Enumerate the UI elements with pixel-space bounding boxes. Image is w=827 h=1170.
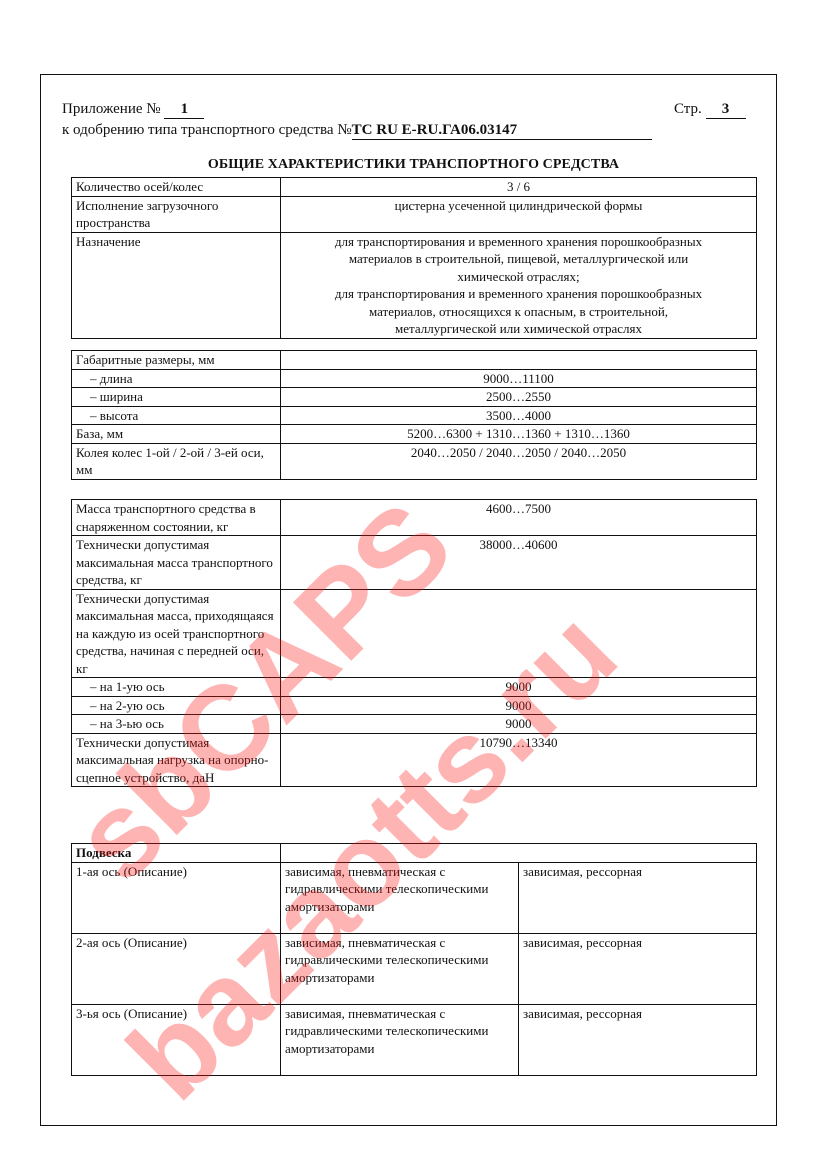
row-label: – высота <box>72 406 281 425</box>
table-row: Технически допустимая максимальная масса… <box>72 536 757 590</box>
page-number: 3 <box>706 101 746 119</box>
row-label: Количество осей/колес <box>72 178 281 197</box>
row-value: 9000 <box>281 696 757 715</box>
row-label: 3-ья ось (Описание) <box>72 1004 281 1075</box>
row-value: 9000…11100 <box>281 369 757 388</box>
row-value: 4600…7500 <box>281 500 757 536</box>
value-line: материалов в строительной, пищевой, мета… <box>285 250 752 268</box>
page-line: Стр. 3 <box>674 101 746 119</box>
approval-number: ТС RU E-RU.ГА06.03147 <box>352 122 652 140</box>
approval-line: к одобрению типа транспортного средства … <box>62 122 652 140</box>
value-line: для транспортирования и временного хране… <box>285 233 752 251</box>
suspension-table: Подвеска 1-ая ось (Описание) зависимая, … <box>71 843 757 1076</box>
row-label: 2-ая ось (Описание) <box>72 933 281 1004</box>
table-row: Масса транспортного средства в снаряженн… <box>72 500 757 536</box>
row-label: Технически допустимая максимальная масса… <box>72 536 281 590</box>
table-row: – на 1-ую ось 9000 <box>72 678 757 697</box>
table-row: Технически допустимая максимальная нагру… <box>72 733 757 787</box>
table-row: Колея колес 1-ой / 2-ой / 3-ей оси, мм 2… <box>72 443 757 479</box>
row-label: Колея колес 1-ой / 2-ой / 3-ей оси, мм <box>72 443 281 479</box>
table-row: Технически допустимая максимальная масса… <box>72 589 757 678</box>
variant-a: зависимая, пневматическая с гидравлическ… <box>281 933 519 1004</box>
page-label: Стр. <box>674 101 702 117</box>
row-value: 3500…4000 <box>281 406 757 425</box>
row-label: – ширина <box>72 388 281 407</box>
row-label: – длина <box>72 369 281 388</box>
row-value: 38000…40600 <box>281 536 757 590</box>
approval-label: к одобрению типа транспортного средства … <box>62 122 352 138</box>
row-label: – на 3-ью ось <box>72 715 281 734</box>
row-value: 9000 <box>281 715 757 734</box>
general-table: Количество осей/колес 3 / 6 Исполнение з… <box>71 177 757 339</box>
row-value <box>281 844 757 863</box>
row-value: цистерна усеченной цилиндрической формы <box>281 196 757 232</box>
appendix-label: Приложение № <box>62 101 161 117</box>
table-row: 3-ья ось (Описание) зависимая, пневматич… <box>72 1004 757 1075</box>
value-line: материалов, относящихся к опасным, в стр… <box>285 303 752 321</box>
table-row: – высота 3500…4000 <box>72 406 757 425</box>
row-label: Исполнение загрузочного пространства <box>72 196 281 232</box>
value-line: химической отраслях; <box>285 268 752 286</box>
row-value: 9000 <box>281 678 757 697</box>
variant-b: зависимая, рессорная <box>519 862 757 933</box>
table-row: 2-ая ось (Описание) зависимая, пневматич… <box>72 933 757 1004</box>
appendix-number: 1 <box>164 101 204 119</box>
variant-a: зависимая, пневматическая с гидравлическ… <box>281 1004 519 1075</box>
document-title: ОБЩИЕ ХАРАКТЕРИСТИКИ ТРАНСПОРТНОГО СРЕДС… <box>0 157 827 173</box>
row-value <box>281 589 757 678</box>
value-line: металлургической или химической отраслях <box>285 320 752 338</box>
row-value: 2500…2550 <box>281 388 757 407</box>
variant-b: зависимая, рессорная <box>519 1004 757 1075</box>
row-label: Технически допустимая максимальная масса… <box>72 589 281 678</box>
row-value: для транспортирования и временного хране… <box>281 232 757 338</box>
value-line: для транспортирования и временного хране… <box>285 285 752 303</box>
row-label: – на 1-ую ось <box>72 678 281 697</box>
row-value: 3 / 6 <box>281 178 757 197</box>
appendix-line: Приложение № 1 <box>62 101 204 119</box>
variant-a: зависимая, пневматическая с гидравлическ… <box>281 862 519 933</box>
table-row: Подвеска <box>72 844 757 863</box>
mass-table: Масса транспортного средства в снаряженн… <box>71 499 757 787</box>
row-value: 5200…6300 + 1310…1360 + 1310…1360 <box>281 425 757 444</box>
dimensions-table: Габаритные размеры, мм – длина 9000…1110… <box>71 350 757 480</box>
row-label: Назначение <box>72 232 281 338</box>
table-row: 1-ая ось (Описание) зависимая, пневматич… <box>72 862 757 933</box>
row-label: Габаритные размеры, мм <box>72 351 281 370</box>
row-label: – на 2-ую ось <box>72 696 281 715</box>
table-row: – на 2-ую ось 9000 <box>72 696 757 715</box>
table-row: Габаритные размеры, мм <box>72 351 757 370</box>
row-label: Технически допустимая максимальная нагру… <box>72 733 281 787</box>
table-row: Назначение для транспортирования и време… <box>72 232 757 338</box>
table-row: База, мм 5200…6300 + 1310…1360 + 1310…13… <box>72 425 757 444</box>
table-row: Исполнение загрузочного пространства цис… <box>72 196 757 232</box>
row-label: Подвеска <box>72 844 281 863</box>
row-value: 10790…13340 <box>281 733 757 787</box>
table-row: – на 3-ью ось 9000 <box>72 715 757 734</box>
row-value: 2040…2050 / 2040…2050 / 2040…2050 <box>281 443 757 479</box>
row-label: База, мм <box>72 425 281 444</box>
row-value <box>281 351 757 370</box>
table-row: – ширина 2500…2550 <box>72 388 757 407</box>
table-row: Количество осей/колес 3 / 6 <box>72 178 757 197</box>
row-label: Масса транспортного средства в снаряженн… <box>72 500 281 536</box>
row-label: 1-ая ось (Описание) <box>72 862 281 933</box>
variant-b: зависимая, рессорная <box>519 933 757 1004</box>
table-row: – длина 9000…11100 <box>72 369 757 388</box>
